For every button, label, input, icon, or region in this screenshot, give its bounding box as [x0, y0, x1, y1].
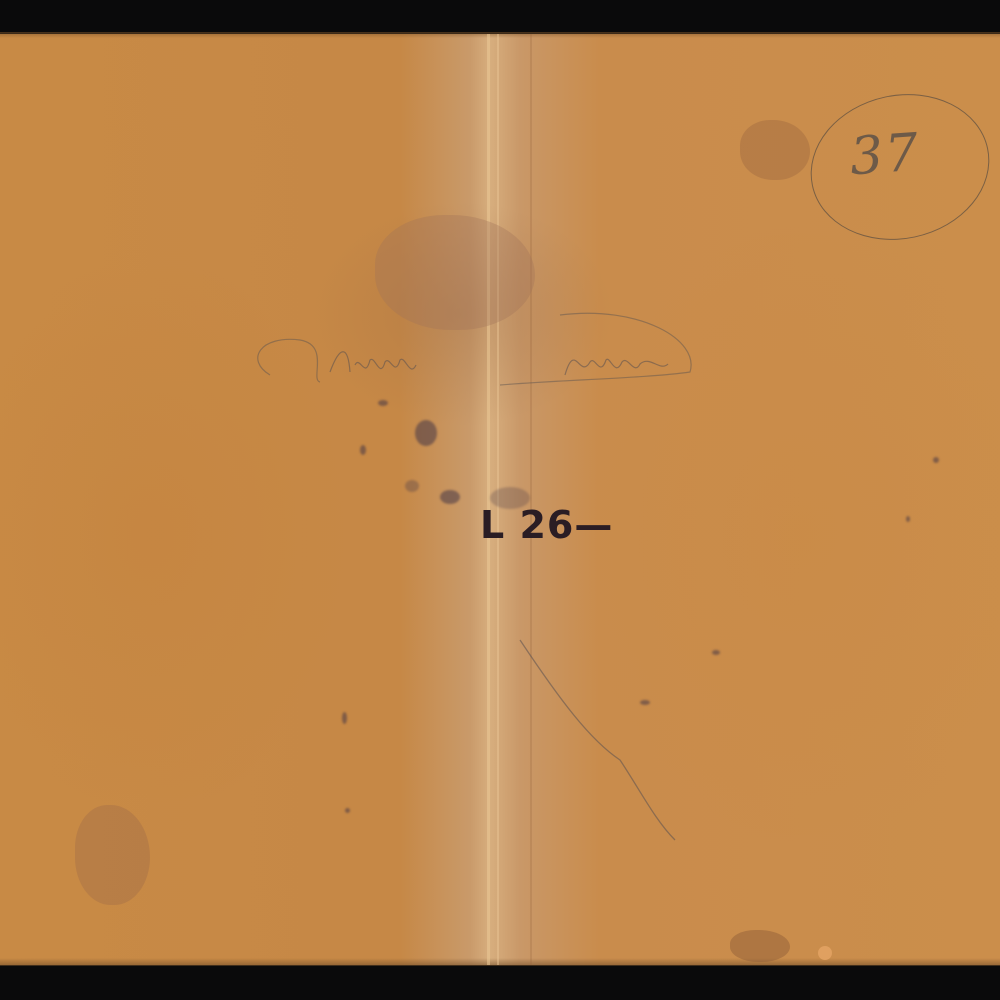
ink-smudge	[405, 480, 419, 492]
ink-smudge	[440, 490, 460, 504]
cover-top-edge	[0, 32, 1000, 38]
spine-shadow	[530, 34, 532, 965]
ink-speck	[712, 650, 720, 655]
ink-speck	[345, 808, 350, 813]
folio-number: 37	[848, 123, 922, 188]
spot-bottom-right	[818, 946, 832, 960]
ink-smudge	[415, 420, 437, 446]
ink-speck	[342, 712, 347, 724]
ink-smudge	[378, 400, 388, 406]
water-stain-lower-left	[75, 805, 150, 905]
water-stain-bottom-right	[730, 930, 790, 962]
ink-smudge	[360, 445, 366, 455]
ink-speck	[933, 457, 939, 463]
stamped-number: L 26—	[480, 503, 613, 547]
ink-speck	[906, 516, 910, 522]
smear-top-right	[740, 120, 810, 180]
water-stain-spine	[375, 215, 535, 330]
ink-speck	[640, 700, 650, 705]
cover-bottom-edge	[0, 958, 1000, 966]
